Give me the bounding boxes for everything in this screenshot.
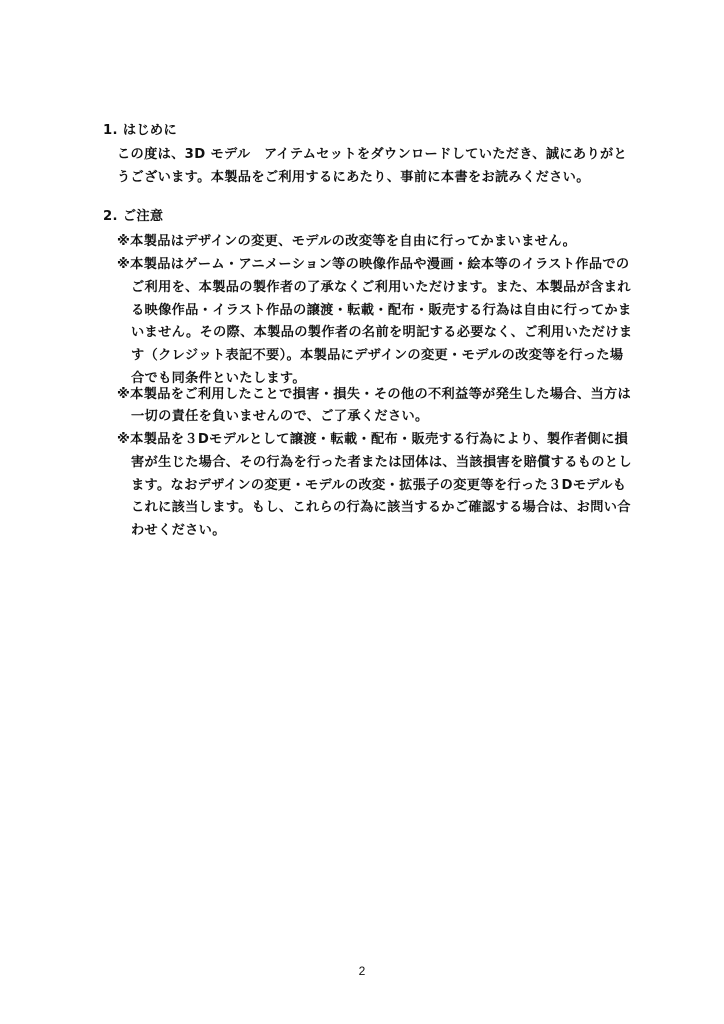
note-item-usage-line: ご利用を、本製品の製作者の了承なくご利用いただけます。また、本製品が含まれ — [131, 279, 631, 297]
note-item-redistribution: ※本製品を３Dモデルとして譲渡・転載・配布・販売する行為により、製作者側に損 — [117, 431, 628, 449]
intro-paragraph-line: この度は、3D モデル アイテムセットをダウンロードしていただき、誠にありがと — [117, 146, 627, 164]
note-item-redistribution-line: 害が生じた場合、その行為を行った者または団体は、当該損害を賠償するものとし — [131, 454, 632, 472]
section-heading-notes: 2. ご注意 — [103, 208, 163, 226]
intro-paragraph-line: うございます。本製品をご利用するにあたり、事前に本書をお読みください。 — [117, 169, 590, 187]
note-item-usage: ※本製品はゲーム・アニメーション等の映像作品や漫画・絵本等のイラスト作品での — [117, 256, 629, 274]
document-page: 1. はじめに この度は、3D モデル アイテムセットをダウンロードしていただき… — [0, 0, 724, 1024]
note-item-redistribution-line: ます。なおデザインの変更・モデルの改変・拡張子の変更等を行った３Dモデルも — [131, 477, 626, 495]
note-item-modification: ※本製品はデザインの変更、モデルの改変等を自由に行ってかまいません。 — [117, 233, 576, 251]
note-item-usage-line: いません。その際、本製品の製作者の名前を明記する必要なく、ご利用いただけま — [131, 324, 632, 342]
section-heading-introduction: 1. はじめに — [103, 122, 177, 140]
page-number: 2 — [0, 964, 724, 978]
note-item-usage-line: る映像作品・イラスト作品の譲渡・転載・配布・販売する行為は自由に行ってかま — [131, 302, 632, 320]
note-item-liability: ※本製品をご利用したことで損害・損失・その他の不利益等が発生した場合、当方は — [117, 386, 631, 404]
note-item-redistribution-line: わせください。 — [131, 522, 226, 540]
note-item-liability-line: 一切の責任を負いませんので、ご了承ください。 — [131, 408, 429, 426]
note-item-usage-line: す（クレジット表記不要）。本製品にデザインの変更・モデルの改変等を行った場 — [131, 347, 623, 365]
note-item-redistribution-line: これに該当します。もし、これらの行為に該当するかご確認する場合は、お問い合 — [131, 499, 631, 517]
